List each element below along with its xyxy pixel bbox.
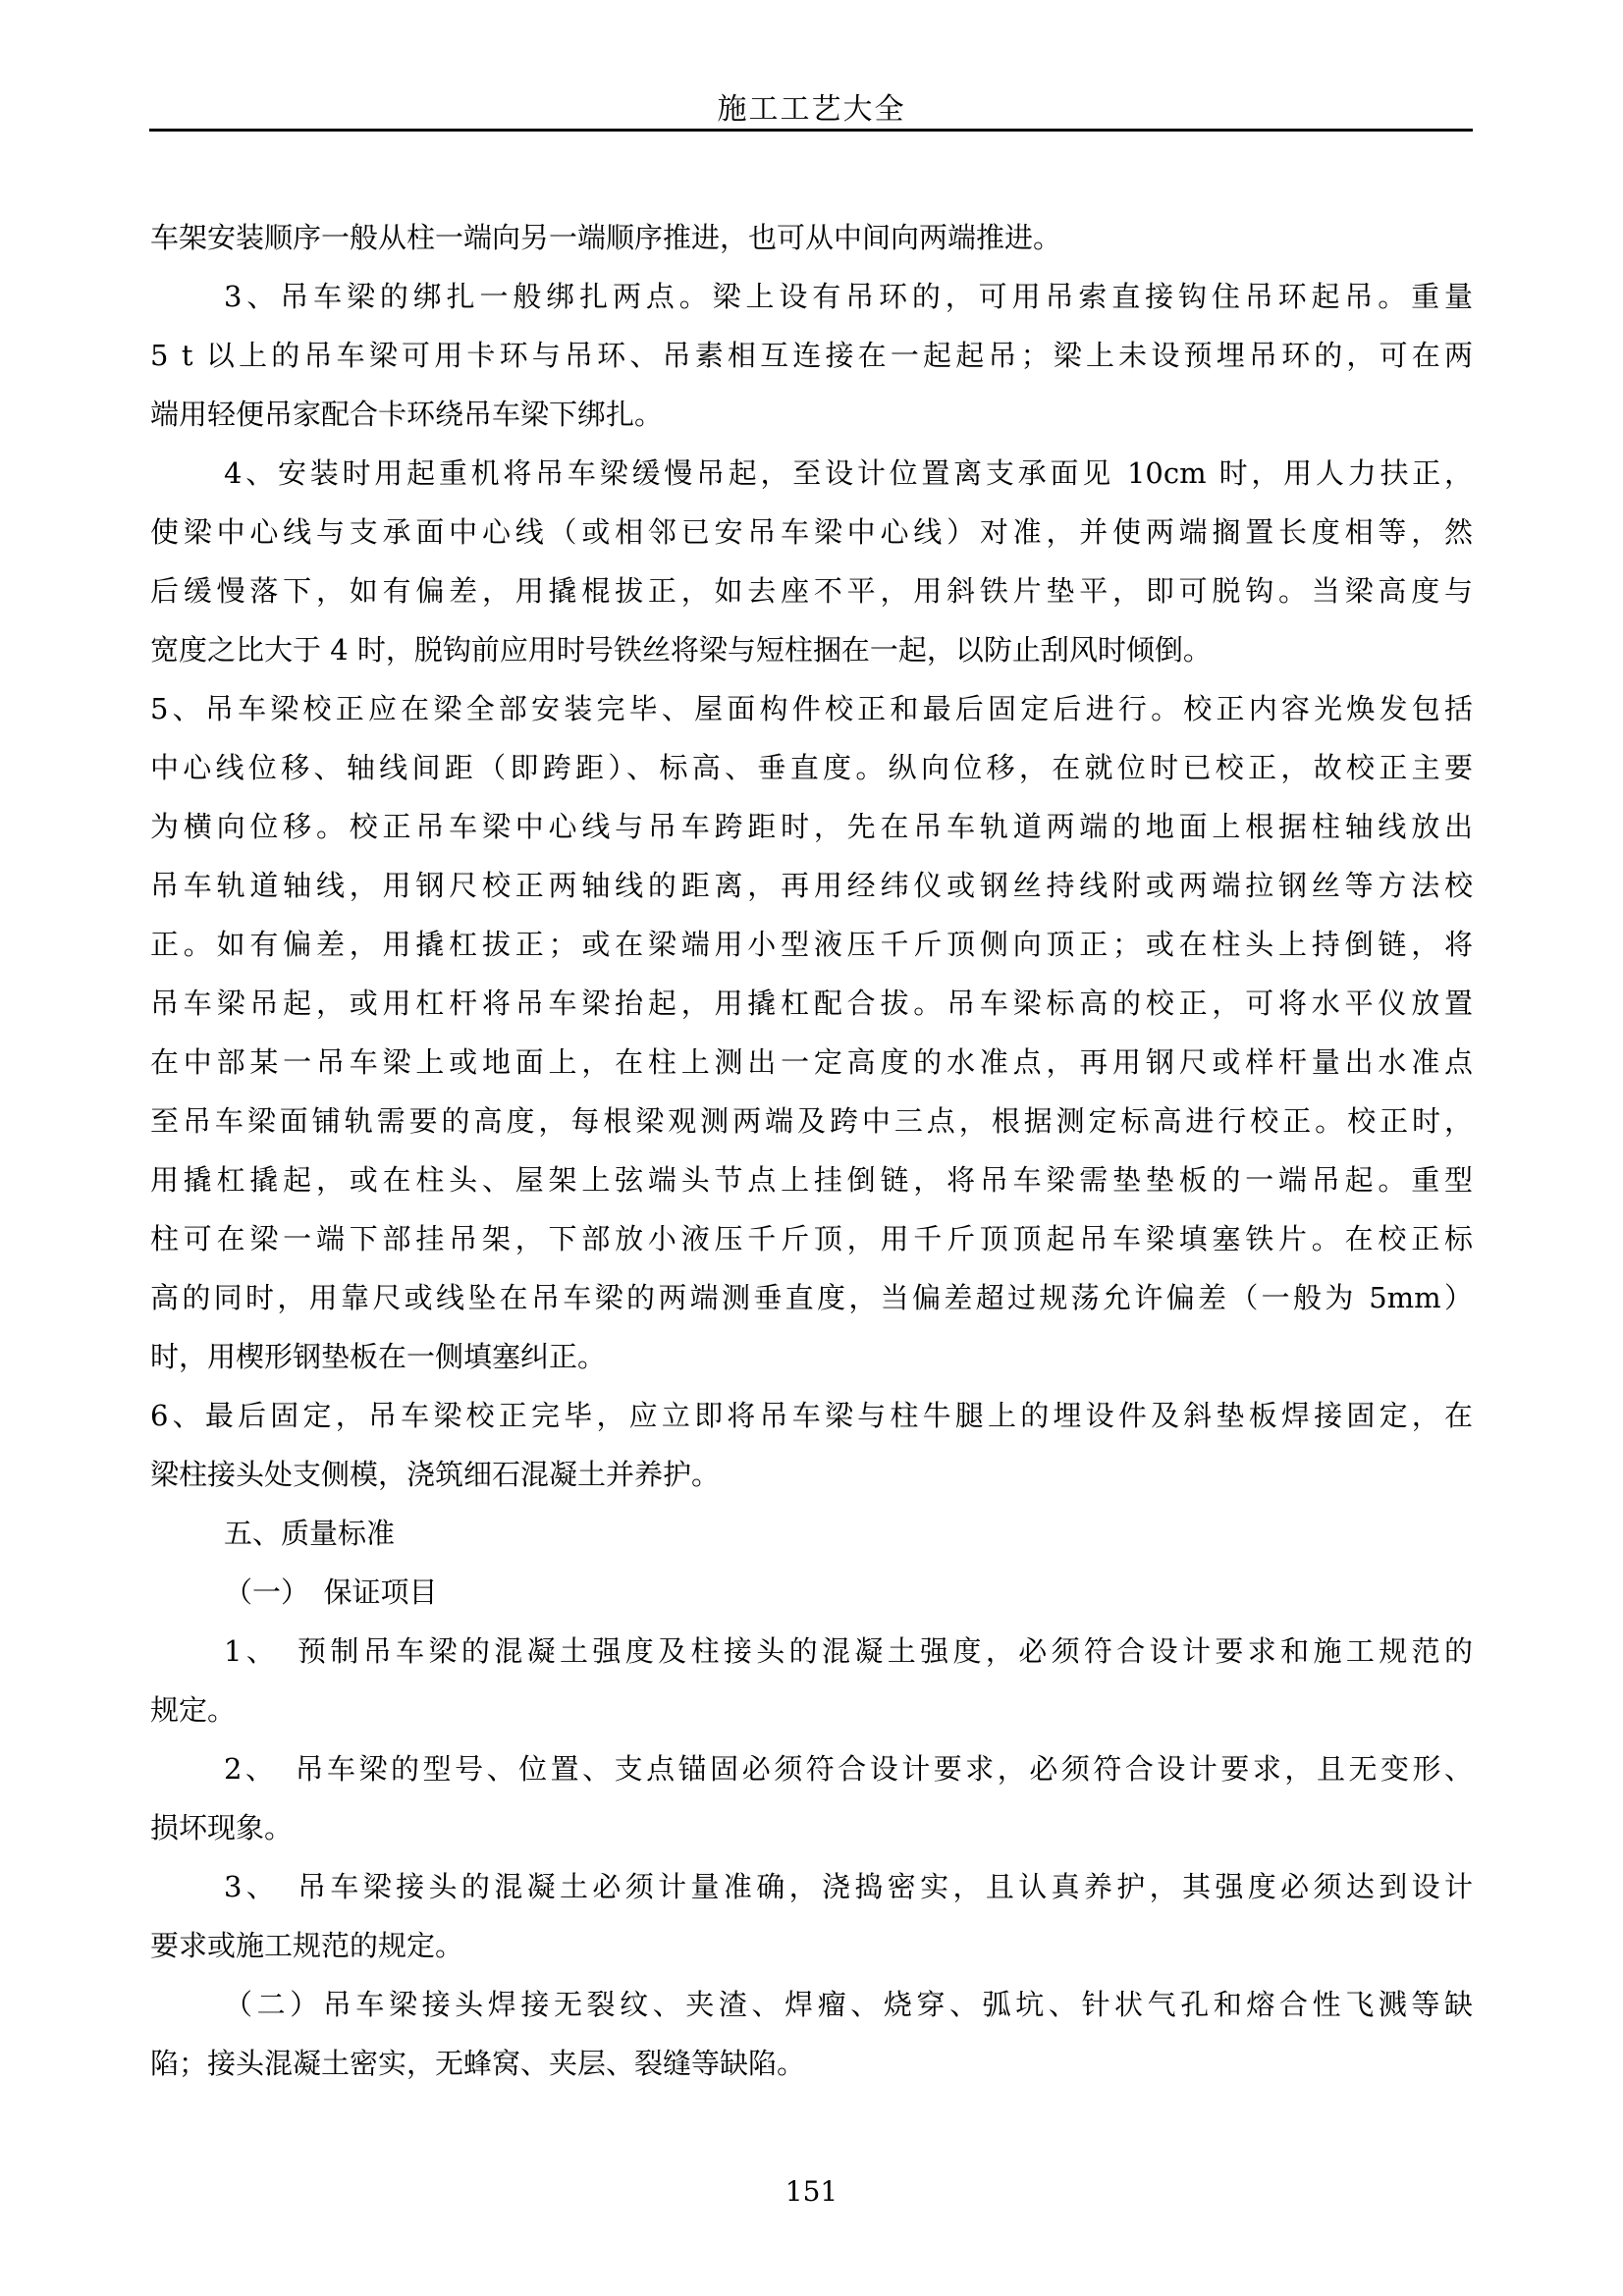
text-line: 使梁中心线与支承面中心线（或相邻已安吊车梁中心线）对准，并使两端搁置长度相等，然 xyxy=(150,503,1473,561)
text-line: 柱可在梁一端下部挂吊架，下部放小液压千斤顶，用千斤顶顶起吊车梁填塞铁片。在校正标 xyxy=(150,1209,1473,1268)
text-line: 5、吊车梁校正应在梁全部安装完毕、屋面构件校正和最后固定后进行。校正内容光焕发包… xyxy=(150,679,1473,738)
page-header: 施工工艺大全 xyxy=(0,84,1623,128)
text-line: 中心线位移、轴线间距（即跨距）、标高、垂直度。纵向位移，在就位时已校正，故校正主… xyxy=(150,738,1473,797)
text-line: 吊车梁吊起，或用杠杆将吊车梁抬起，用撬杠配合拔。吊车梁标高的校正，可将水平仪放置 xyxy=(150,974,1473,1033)
text-line: 损坏现象。 xyxy=(150,1798,1473,1857)
text-line: 4、安装时用起重机将吊车梁缓慢吊起，至设计位置离支承面见 10cm 时，用人力扶… xyxy=(150,444,1473,503)
text-line: （一） 保证项目 xyxy=(150,1563,1473,1622)
body-lines: 车架安装顺序一般从柱一端向另一端顺序推进，也可从中间向两端推进。3、吊车梁的绑扎… xyxy=(150,208,1473,2093)
text-line: 高的同时，用靠尺或线坠在吊车梁的两端测垂直度，当偏差超过规荡允许偏差（一般为 5… xyxy=(150,1268,1473,1327)
text-line: 为横向位移。校正吊车梁中心线与吊车跨距时，先在吊车轨道两端的地面上根据柱轴线放出 xyxy=(150,797,1473,856)
text-line: 车架安装顺序一般从柱一端向另一端顺序推进，也可从中间向两端推进。 xyxy=(150,208,1473,267)
text-line: 用撬杠撬起，或在柱头、屋架上弦端头节点上挂倒链，将吊车梁需垫垫板的一端吊起。重型 xyxy=(150,1150,1473,1209)
text-line: 6、最后固定，吊车梁校正完毕，应立即将吊车梁与柱牛腿上的埋设件及斜垫板焊接固定，… xyxy=(150,1386,1473,1445)
text-line: 时，用楔形钢垫板在一侧填塞纠正。 xyxy=(150,1327,1473,1386)
text-line: 五、质量标准 xyxy=(150,1504,1473,1563)
text-line: 3、 吊车梁接头的混凝土必须计量准确，浇捣密实，且认真养护，其强度必须达到设计 xyxy=(150,1857,1473,1916)
page-number: 151 xyxy=(785,2175,838,2208)
header-divider xyxy=(149,129,1473,132)
text-line: 在中部某一吊车梁上或地面上，在柱上测出一定高度的水准点，再用钢尺或样杆量出水准点 xyxy=(150,1033,1473,1092)
text-line: 宽度之比大于 4 时，脱钩前应用时号铁丝将梁与短柱捆在一起，以防止刮风时倾倒。 xyxy=(150,620,1473,679)
text-line: 5 t 以上的吊车梁可用卡环与吊环、吊素相互连接在一起起吊；梁上未设预埋吊环的，… xyxy=(150,326,1473,385)
text-line: 1、 预制吊车梁的混凝土强度及柱接头的混凝土强度，必须符合设计要求和施工规范的 xyxy=(150,1622,1473,1681)
text-line: 端用轻便吊家配合卡环绕吊车梁下绑扎。 xyxy=(150,385,1473,444)
text-line: 至吊车梁面铺轨需要的高度，每根梁观测两端及跨中三点，根据测定标高进行校正。校正时… xyxy=(150,1092,1473,1150)
text-line: 吊车轨道轴线，用钢尺校正两轴线的距离，再用经纬仪或钢丝持线附或两端拉钢丝等方法校 xyxy=(150,856,1473,915)
text-line: 3、吊车梁的绑扎一般绑扎两点。梁上设有吊环的，可用吊索直接钩住吊环起吊。重量 xyxy=(150,267,1473,326)
text-line: 陷；接头混凝土密实，无蜂窝、夹层、裂缝等缺陷。 xyxy=(150,2034,1473,2093)
text-line: 后缓慢落下，如有偏差，用撬棍拔正，如去座不平，用斜铁片垫平，即可脱钩。当梁高度与 xyxy=(150,561,1473,620)
text-line: 规定。 xyxy=(150,1681,1473,1739)
header-title: 施工工艺大全 xyxy=(718,92,906,127)
text-line: （二）吊车梁接头焊接无裂纹、夹渣、焊瘤、烧穿、弧坑、针状气孔和熔合性飞溅等缺 xyxy=(150,1975,1473,2034)
text-line: 梁柱接头处支侧模，浇筑细石混凝土并养护。 xyxy=(150,1445,1473,1504)
page-footer: 151 xyxy=(0,2175,1623,2208)
text-line: 正。如有偏差，用撬杠拔正；或在梁端用小型液压千斤顶侧向顶正；或在柱头上持倒链，将 xyxy=(150,915,1473,974)
text-line: 要求或施工规范的规定。 xyxy=(150,1916,1473,1975)
text-line: 2、 吊车梁的型号、位置、支点锚固必须符合设计要求，必须符合设计要求，且无变形、 xyxy=(150,1739,1473,1798)
document-page: 施工工艺大全 车架安装顺序一般从柱一端向另一端顺序推进，也可从中间向两端推进。3… xyxy=(0,0,1623,2296)
